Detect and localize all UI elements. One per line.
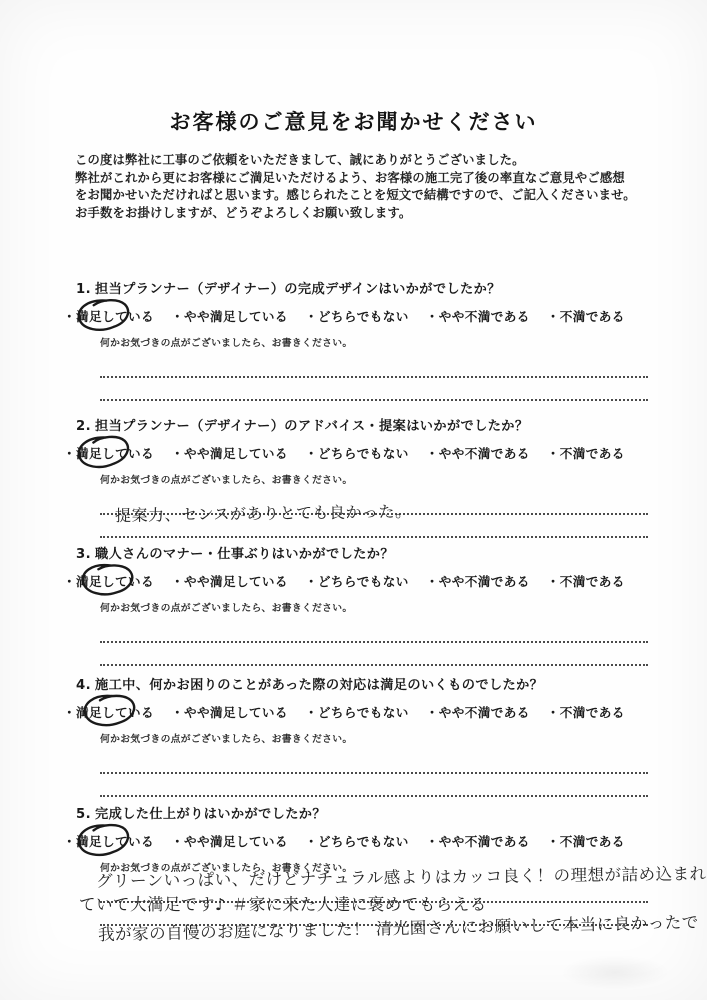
option-label: どちらでもない bbox=[318, 705, 409, 720]
option-bullet: ・ bbox=[171, 834, 184, 849]
option-label: 満足している bbox=[76, 834, 154, 849]
option-label: どちらでもない bbox=[318, 574, 409, 589]
question-text: 完成した仕上がりはいかがでしたか？ bbox=[95, 807, 326, 822]
intro-line: お手数をお掛けしますが、どうぞよろしくお願い致します。 bbox=[75, 205, 650, 223]
option-bullet: ・ bbox=[171, 446, 184, 461]
option-somewhat-satisfied: ・やや満足している bbox=[171, 831, 288, 850]
question-text: 施工中、何かお困りのことがあった際の対応は満足のいくものでしたか？ bbox=[95, 678, 543, 693]
intro-paragraph: この度は弊社に工事のご依頼をいただきまして、誠にありがとうございました。 弊社が… bbox=[75, 152, 650, 222]
option-bullet: ・ bbox=[63, 574, 76, 589]
option-label: 不満である bbox=[560, 446, 625, 461]
options-row: ・満足している ・やや満足している ・どちらでもない ・やや不満である ・不満で… bbox=[0, 831, 707, 850]
option-label: やや不満である bbox=[439, 446, 530, 461]
question-label: 3.職人さんのマナー・仕事ぶりはいかがでしたか？ bbox=[0, 543, 707, 562]
option-label: やや不満である bbox=[439, 574, 530, 589]
option-somewhat-dissatisfied: ・やや不満である bbox=[426, 831, 530, 850]
option-bullet: ・ bbox=[63, 446, 76, 461]
option-label: 満足している bbox=[76, 705, 154, 720]
answer-line bbox=[100, 378, 648, 401]
option-label: 不満である bbox=[560, 309, 625, 324]
option-bullet: ・ bbox=[305, 705, 318, 720]
question-block-1: 1.担当プランナー（デザイナー）の完成デザインはいかがでしたか？ ・満足している… bbox=[0, 278, 707, 406]
option-bullet: ・ bbox=[547, 446, 560, 461]
option-bullet: ・ bbox=[547, 834, 560, 849]
answer-area bbox=[100, 749, 648, 797]
option-bullet: ・ bbox=[426, 574, 439, 589]
option-neutral: ・どちらでもない bbox=[305, 831, 409, 850]
question-number: 4. bbox=[76, 678, 91, 693]
option-bullet: ・ bbox=[426, 446, 439, 461]
option-label: やや満足している bbox=[184, 446, 288, 461]
option-neutral: ・どちらでもない bbox=[305, 571, 409, 590]
intro-line: この度は弊社に工事のご依頼をいただきまして、誠にありがとうございました。 bbox=[75, 152, 650, 170]
option-label: やや満足している bbox=[184, 574, 288, 589]
handwritten-comment-line: ていて大満足です♪ ＃家に来た人達に褒めてもらえる bbox=[79, 891, 487, 915]
note-prompt: 何かお気づきの点がございましたら、お書きください。 bbox=[0, 600, 707, 614]
option-label: やや満足している bbox=[184, 705, 288, 720]
option-somewhat-dissatisfied: ・やや不満である bbox=[426, 702, 530, 721]
questionnaire-page: お客様のご意見をお聞かせください この度は弊社に工事のご依頼をいただきまして、誠… bbox=[0, 0, 707, 1000]
option-dissatisfied: ・不満である bbox=[547, 831, 625, 850]
option-bullet: ・ bbox=[63, 834, 76, 849]
answer-line bbox=[100, 353, 648, 378]
option-label: どちらでもない bbox=[318, 309, 409, 324]
option-label: やや不満である bbox=[439, 705, 530, 720]
question-block-4: 4.施工中、何かお困りのことがあった際の対応は満足のいくものでしたか？ ・満足し… bbox=[0, 674, 707, 802]
option-bullet: ・ bbox=[547, 309, 560, 324]
answer-line bbox=[100, 749, 648, 774]
option-bullet: ・ bbox=[63, 309, 76, 324]
note-prompt: 何かお気づきの点がございましたら、お書きください。 bbox=[0, 472, 707, 486]
option-label: どちらでもない bbox=[318, 834, 409, 849]
answer-area bbox=[100, 353, 648, 401]
options-row: ・満足している ・やや満足している ・どちらでもない ・やや不満である ・不満で… bbox=[0, 443, 707, 462]
option-somewhat-satisfied: ・やや満足している bbox=[171, 571, 288, 590]
note-prompt: 何かお気づきの点がございましたら、お書きください。 bbox=[0, 731, 707, 745]
question-label: 5.完成した仕上がりはいかがでしたか？ bbox=[0, 803, 707, 822]
option-label: 満足している bbox=[76, 574, 154, 589]
answer-line bbox=[100, 643, 648, 666]
option-bullet: ・ bbox=[305, 574, 318, 589]
option-bullet: ・ bbox=[171, 574, 184, 589]
question-label: 2.担当プランナー（デザイナー）のアドバイス・提案はいかがでしたか？ bbox=[0, 415, 707, 434]
option-bullet: ・ bbox=[547, 574, 560, 589]
question-number: 2. bbox=[76, 419, 91, 434]
option-somewhat-satisfied: ・やや満足している bbox=[171, 702, 288, 721]
option-label: 不満である bbox=[560, 834, 625, 849]
option-bullet: ・ bbox=[305, 309, 318, 324]
option-label: 不満である bbox=[560, 705, 625, 720]
option-dissatisfied: ・不満である bbox=[547, 702, 625, 721]
option-satisfied: ・満足している bbox=[63, 831, 154, 850]
options-row: ・満足している ・やや満足している ・どちらでもない ・やや不満である ・不満で… bbox=[0, 702, 707, 721]
option-bullet: ・ bbox=[171, 705, 184, 720]
question-number: 5. bbox=[76, 807, 91, 822]
option-neutral: ・どちらでもない bbox=[305, 443, 409, 462]
option-label: どちらでもない bbox=[318, 446, 409, 461]
option-neutral: ・どちらでもない bbox=[305, 702, 409, 721]
option-label: やや不満である bbox=[439, 309, 530, 324]
note-prompt: 何かお気づきの点がございましたら、お書きください。 bbox=[0, 335, 707, 349]
option-label: 不満である bbox=[560, 574, 625, 589]
option-label: やや満足している bbox=[184, 309, 288, 324]
intro-line: をお聞かせいただければと思います。感じられたことを短文で結構ですので、ご記入くだ… bbox=[75, 187, 650, 205]
answer-line bbox=[100, 618, 648, 643]
option-satisfied: ・満足している bbox=[63, 702, 154, 721]
options-row: ・満足している ・やや満足している ・どちらでもない ・やや不満である ・不満で… bbox=[0, 571, 707, 590]
option-somewhat-dissatisfied: ・やや不満である bbox=[426, 443, 530, 462]
page-title: お客様のご意見をお聞かせください bbox=[0, 106, 707, 136]
question-block-2: 2.担当プランナー（デザイナー）のアドバイス・提案はいかがでしたか？ ・満足して… bbox=[0, 415, 707, 543]
question-block-5: 5.完成した仕上がりはいかがでしたか？ ・満足している ・やや満足している ・ど… bbox=[0, 803, 707, 993]
option-label: やや不満である bbox=[439, 834, 530, 849]
question-text: 担当プランナー（デザイナー）の完成デザインはいかがでしたか？ bbox=[95, 282, 501, 297]
option-bullet: ・ bbox=[171, 309, 184, 324]
option-bullet: ・ bbox=[63, 705, 76, 720]
option-dissatisfied: ・不満である bbox=[547, 571, 625, 590]
options-row: ・満足している ・やや満足している ・どちらでもない ・やや不満である ・不満で… bbox=[0, 306, 707, 325]
option-somewhat-dissatisfied: ・やや不満である bbox=[426, 306, 530, 325]
question-label: 1.担当プランナー（デザイナー）の完成デザインはいかがでしたか？ bbox=[0, 278, 707, 297]
intro-line: 弊社がこれから更にお客様にご満足いただけるよう、お客様の施工完了後の率直なご意見… bbox=[75, 170, 650, 188]
option-label: やや満足している bbox=[184, 834, 288, 849]
option-dissatisfied: ・不満である bbox=[547, 443, 625, 462]
question-block-3: 3.職人さんのマナー・仕事ぶりはいかがでしたか？ ・満足している ・やや満足して… bbox=[0, 543, 707, 671]
question-text: 職人さんのマナー・仕事ぶりはいかがでしたか？ bbox=[95, 547, 394, 562]
option-satisfied: ・満足している bbox=[63, 571, 154, 590]
option-satisfied: ・満足している bbox=[63, 306, 154, 325]
option-satisfied: ・満足している bbox=[63, 443, 154, 462]
question-number: 1. bbox=[76, 282, 91, 297]
option-label: 満足している bbox=[76, 309, 154, 324]
option-label: 満足している bbox=[76, 446, 154, 461]
option-somewhat-dissatisfied: ・やや不満である bbox=[426, 571, 530, 590]
question-label: 4.施工中、何かお困りのことがあった際の対応は満足のいくものでしたか？ bbox=[0, 674, 707, 693]
handwritten-answer: 提案力、センスがありとても良かった。 bbox=[115, 499, 412, 526]
option-dissatisfied: ・不満である bbox=[547, 306, 625, 325]
option-bullet: ・ bbox=[426, 705, 439, 720]
option-somewhat-satisfied: ・やや満足している bbox=[171, 443, 288, 462]
answer-line bbox=[100, 774, 648, 797]
option-bullet: ・ bbox=[305, 834, 318, 849]
question-number: 3. bbox=[76, 547, 91, 562]
option-bullet: ・ bbox=[305, 446, 318, 461]
question-text: 担当プランナー（デザイナー）のアドバイス・提案はいかがでしたか？ bbox=[95, 419, 528, 434]
option-neutral: ・どちらでもない bbox=[305, 306, 409, 325]
option-bullet: ・ bbox=[547, 705, 560, 720]
option-bullet: ・ bbox=[426, 309, 439, 324]
answer-area bbox=[100, 618, 648, 666]
option-bullet: ・ bbox=[426, 834, 439, 849]
option-somewhat-satisfied: ・やや満足している bbox=[171, 306, 288, 325]
